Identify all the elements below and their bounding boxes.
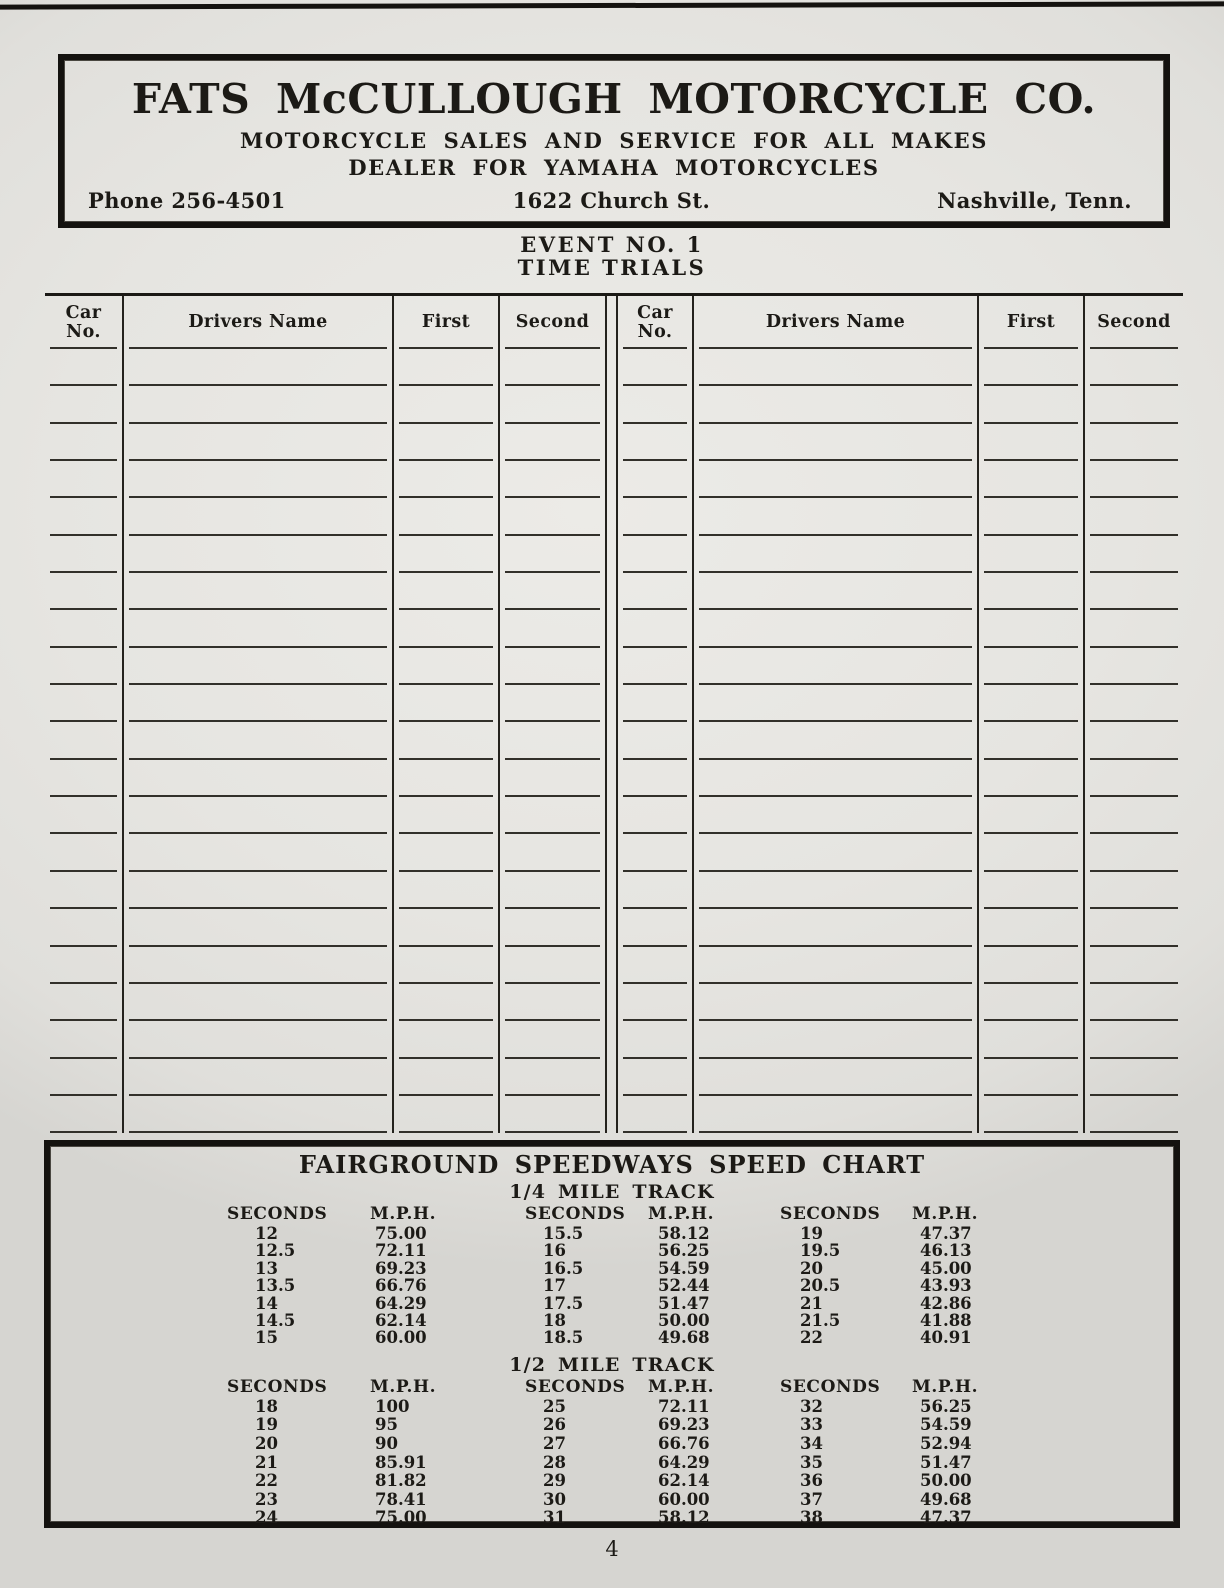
column-spacer	[50, 1260, 227, 1277]
mph-value: 75.00	[370, 1225, 525, 1242]
blank-entry-line	[694, 610, 977, 647]
mph-value: 69.23	[648, 1416, 780, 1435]
mph-value: 50.00	[648, 1312, 780, 1329]
half-mile-data: 181002572.113256.2519952669.233354.59209…	[50, 1398, 1174, 1528]
blank-entry-line	[124, 1096, 392, 1133]
blank-entry-line	[694, 498, 977, 535]
blank-entry-line	[124, 349, 392, 386]
column-spacer	[50, 1204, 227, 1225]
time-trials-table: Car No. Drivers Name First Second	[45, 293, 1183, 1133]
blank-entry-line	[124, 424, 392, 461]
mph-value: 50.00	[912, 1472, 1062, 1491]
blank-entry-line	[1085, 573, 1183, 610]
seconds-value: 24	[227, 1509, 370, 1528]
seconds-value: 30	[525, 1491, 648, 1510]
quarter-mile-section: 1/4 MILE TRACK SECONDS M.P.H. SECONDS M.…	[50, 1180, 1174, 1347]
blank-entry-line	[45, 872, 122, 909]
speed-chart-title: FAIRGROUND SPEEDWAYS SPEED CHART	[50, 1150, 1174, 1179]
blank-entry-line	[45, 685, 122, 722]
seconds-value: 13	[227, 1260, 370, 1277]
blank-entry-line	[979, 722, 1083, 759]
blank-entry-line	[394, 648, 498, 685]
mph-value: 62.14	[370, 1312, 525, 1329]
mph-header: M.P.H.	[370, 1377, 525, 1398]
second-label: Second	[500, 313, 605, 332]
blank-entry-line	[124, 386, 392, 423]
dealer-letterhead-box: FATS McCULLOUGH MOTORCYCLE CO. MOTORCYCL…	[58, 54, 1170, 228]
blank-entry-line	[979, 872, 1083, 909]
blank-entry-line	[618, 648, 692, 685]
blank-entry-line	[618, 760, 692, 797]
seconds-value: 20.5	[780, 1277, 912, 1294]
blank-entry-line	[45, 461, 122, 498]
blank-entry-line	[1085, 1021, 1183, 1058]
mph-value: 66.76	[648, 1435, 780, 1454]
second-header-right: Second	[1085, 296, 1183, 349]
mph-value: 51.47	[648, 1295, 780, 1312]
seconds-value: 18	[227, 1398, 370, 1417]
mph-value: 72.11	[370, 1242, 525, 1259]
column-spacer	[50, 1454, 227, 1473]
blank-entry-line	[500, 872, 605, 909]
seconds-value: 18	[525, 1312, 648, 1329]
blank-entry-line	[45, 947, 122, 984]
seconds-value: 13.5	[227, 1277, 370, 1294]
no-label: No.	[45, 323, 122, 342]
column-spacer	[50, 1509, 227, 1528]
blank-entry-line	[394, 536, 498, 573]
mph-value: 75.00	[370, 1509, 525, 1528]
blank-entry-line	[1085, 1096, 1183, 1133]
blank-entry-line	[394, 834, 498, 871]
blank-entry-line	[124, 536, 392, 573]
blank-entry-line	[45, 984, 122, 1021]
half-mile-section: 1/2 MILE TRACK SECONDS M.P.H. SECONDS M.…	[50, 1353, 1174, 1528]
quarter-mile-data: 1275.0015.558.121947.3712.572.111656.251…	[50, 1225, 1174, 1347]
speed-chart-row: 1464.2917.551.472142.86	[50, 1295, 1174, 1312]
speed-chart-row: 14.562.141850.0021.541.88	[50, 1312, 1174, 1329]
speed-chart-row: 1275.0015.558.121947.37	[50, 1225, 1174, 1242]
seconds-value: 15	[227, 1329, 370, 1346]
speed-chart-row: 181002572.113256.25	[50, 1398, 1174, 1417]
blank-entry-line	[979, 461, 1083, 498]
mph-value: 46.13	[912, 1242, 1062, 1259]
blank-entry-line	[618, 461, 692, 498]
blank-entry-line	[618, 947, 692, 984]
blank-entry-line	[618, 424, 692, 461]
company-name: FATS McCULLOUGH MOTORCYCLE CO.	[64, 75, 1164, 123]
mph-value: 85.91	[370, 1454, 525, 1473]
page-number: 4	[0, 1537, 1224, 1561]
mph-value: 56.25	[648, 1242, 780, 1259]
blank-entry-line	[394, 498, 498, 535]
blank-entry-line	[618, 797, 692, 834]
blank-entry-line	[694, 1059, 977, 1096]
column-spacer	[50, 1377, 227, 1398]
second-column-left: Second	[498, 296, 605, 1133]
seconds-value: 21	[227, 1454, 370, 1473]
speed-chart-row: 13.566.761752.4420.543.93	[50, 1277, 1174, 1294]
time-trials-right-half: Car No. Drivers Name First Second	[618, 296, 1183, 1133]
mph-value: 41.88	[912, 1312, 1062, 1329]
seconds-value: 17.5	[525, 1295, 648, 1312]
mph-value: 49.68	[648, 1329, 780, 1346]
blank-entry-line	[394, 797, 498, 834]
blank-entry-line	[124, 1059, 392, 1096]
seconds-value: 18.5	[525, 1329, 648, 1346]
car-label: Car	[618, 304, 692, 323]
mph-value: 58.12	[648, 1225, 780, 1242]
first-column-right: First	[977, 296, 1083, 1133]
mph-value: 51.47	[912, 1454, 1062, 1473]
blank-entry-line	[394, 947, 498, 984]
blank-entry-line	[694, 1021, 977, 1058]
seconds-value: 14	[227, 1295, 370, 1312]
seconds-value: 37	[780, 1491, 912, 1510]
blank-entry-line	[124, 984, 392, 1021]
blank-entry-line	[124, 1021, 392, 1058]
drivers-name-label: Drivers Name	[694, 313, 977, 332]
mph-value: 62.14	[648, 1472, 780, 1491]
mph-value: 58.12	[648, 1509, 780, 1528]
blank-entry-line	[618, 536, 692, 573]
seconds-value: 19.5	[780, 1242, 912, 1259]
blank-entry-line	[1085, 498, 1183, 535]
blank-entry-line	[1085, 1059, 1183, 1096]
first-header-right: First	[979, 296, 1083, 349]
blank-entry-line	[500, 1059, 605, 1096]
blank-entry-line	[694, 424, 977, 461]
city-state: Nashville, Tenn.	[937, 188, 1132, 213]
blank-entry-line	[618, 872, 692, 909]
column-spacer	[50, 1242, 227, 1259]
column-spacer	[50, 1312, 227, 1329]
blank-entry-line	[1085, 386, 1183, 423]
column-spacer	[50, 1329, 227, 1346]
blank-entry-line	[500, 536, 605, 573]
seconds-value: 22	[780, 1329, 912, 1346]
mph-header: M.P.H.	[648, 1204, 780, 1225]
mph-value: 47.37	[912, 1509, 1062, 1528]
blank-entry-line	[618, 984, 692, 1021]
seconds-value: 19	[780, 1225, 912, 1242]
blank-entry-line	[979, 349, 1083, 386]
blank-entry-line	[124, 573, 392, 610]
speed-chart-box: FAIRGROUND SPEEDWAYS SPEED CHART 1/4 MIL…	[44, 1140, 1180, 1528]
drivers-name-column-right: Drivers Name	[692, 296, 977, 1133]
blank-entry-line	[45, 1059, 122, 1096]
blank-entry-line	[618, 722, 692, 759]
seconds-value: 35	[780, 1454, 912, 1473]
blank-entry-line	[45, 797, 122, 834]
blank-entry-line	[1085, 834, 1183, 871]
column-spacer	[50, 1416, 227, 1435]
seconds-value: 32	[780, 1398, 912, 1417]
blank-entry-line	[694, 834, 977, 871]
mph-value: 54.59	[648, 1260, 780, 1277]
blank-entry-line	[1085, 872, 1183, 909]
blank-entry-line	[124, 610, 392, 647]
blank-entry-line	[45, 610, 122, 647]
seconds-value: 38	[780, 1509, 912, 1528]
mph-value: 60.00	[370, 1329, 525, 1346]
blank-entry-line	[500, 349, 605, 386]
seconds-value: 12.5	[227, 1242, 370, 1259]
blank-entry-line	[979, 685, 1083, 722]
blank-entry-line	[394, 909, 498, 946]
blank-entry-line	[394, 610, 498, 647]
seconds-value: 36	[780, 1472, 912, 1491]
mph-value: 45.00	[912, 1260, 1062, 1277]
mph-value: 81.82	[370, 1472, 525, 1491]
seconds-value: 16.5	[525, 1260, 648, 1277]
blank-entry-line	[45, 909, 122, 946]
blank-entry-line	[694, 797, 977, 834]
blank-entry-line	[500, 797, 605, 834]
blank-entry-line	[45, 386, 122, 423]
blank-entry-line	[394, 1059, 498, 1096]
column-spacer	[50, 1277, 227, 1294]
tagline-sales-service: MOTORCYCLE SALES AND SERVICE FOR ALL MAK…	[64, 128, 1164, 153]
blank-entry-line	[979, 386, 1083, 423]
blank-entry-line	[694, 984, 977, 1021]
blank-entry-line	[45, 1096, 122, 1133]
blank-entry-line	[618, 386, 692, 423]
mph-value: 66.76	[370, 1277, 525, 1294]
blank-entry-line	[1085, 648, 1183, 685]
blank-entry-line	[500, 461, 605, 498]
blank-entry-line	[1085, 349, 1183, 386]
car-no-column-left: Car No.	[45, 296, 122, 1133]
first-label: First	[979, 313, 1083, 332]
blank-entry-line	[979, 648, 1083, 685]
blank-entry-line	[1085, 947, 1183, 984]
mph-value: 49.68	[912, 1491, 1062, 1510]
blank-entry-line	[500, 834, 605, 871]
blank-entry-line	[394, 349, 498, 386]
seconds-value: 26	[525, 1416, 648, 1435]
event-number-line: EVENT NO. 1	[0, 233, 1224, 256]
seconds-value: 14.5	[227, 1312, 370, 1329]
blank-entry-line	[500, 386, 605, 423]
blank-entry-line	[45, 498, 122, 535]
blank-entry-line	[500, 984, 605, 1021]
seconds-value: 34	[780, 1435, 912, 1454]
blank-entry-line	[45, 1021, 122, 1058]
mph-header: M.P.H.	[912, 1204, 1062, 1225]
blank-entry-line	[618, 685, 692, 722]
blank-entry-line	[979, 573, 1083, 610]
column-spacer	[50, 1295, 227, 1312]
blank-entry-line	[979, 498, 1083, 535]
tagline-dealer: DEALER FOR YAMAHA MOTORCYCLES	[64, 155, 1164, 180]
seconds-value: 23	[227, 1491, 370, 1510]
blank-entry-line	[500, 722, 605, 759]
speed-chart-row: 20902766.763452.94	[50, 1435, 1174, 1454]
blank-entry-line	[394, 424, 498, 461]
speed-chart-row: 2281.822962.143650.00	[50, 1472, 1174, 1491]
blank-entry-line	[694, 1096, 977, 1133]
blank-entry-line	[618, 573, 692, 610]
blank-entry-line	[124, 648, 392, 685]
mph-value: 90	[370, 1435, 525, 1454]
blank-entry-line	[124, 909, 392, 946]
mph-value: 43.93	[912, 1277, 1062, 1294]
seconds-value: 21	[780, 1295, 912, 1312]
mph-value: 95	[370, 1416, 525, 1435]
seconds-header: SECONDS	[780, 1377, 912, 1398]
blank-entry-line	[500, 760, 605, 797]
blank-entry-line	[45, 573, 122, 610]
mph-header: M.P.H.	[370, 1204, 525, 1225]
blank-entry-line	[694, 536, 977, 573]
column-spacer	[50, 1491, 227, 1510]
blank-entry-line	[694, 722, 977, 759]
speed-chart-row: 2475.003158.123847.37	[50, 1509, 1174, 1528]
speed-chart-row: 1369.2316.554.592045.00	[50, 1260, 1174, 1277]
no-label: No.	[618, 323, 692, 342]
blank-entry-line	[394, 722, 498, 759]
blank-entry-line	[618, 1059, 692, 1096]
blank-entry-line	[694, 947, 977, 984]
blank-entry-line	[500, 1021, 605, 1058]
blank-entry-line	[694, 648, 977, 685]
half-mile-column-headers: SECONDS M.P.H. SECONDS M.P.H. SECONDS M.…	[50, 1377, 1174, 1398]
mph-value: 64.29	[648, 1454, 780, 1473]
blank-entry-line	[45, 648, 122, 685]
mph-value: 42.86	[912, 1295, 1062, 1312]
blank-entry-line	[979, 834, 1083, 871]
seconds-value: 22	[227, 1472, 370, 1491]
second-column-right: Second	[1083, 296, 1183, 1133]
drivers-name-label: Drivers Name	[124, 313, 392, 332]
blank-entry-line	[694, 760, 977, 797]
mph-value: 56.25	[912, 1398, 1062, 1417]
blank-entry-line	[1085, 536, 1183, 573]
blank-entry-line	[500, 424, 605, 461]
blank-entry-line	[500, 648, 605, 685]
drivers-name-header-right: Drivers Name	[694, 296, 977, 349]
speed-chart-row: 19952669.233354.59	[50, 1416, 1174, 1435]
blank-entry-line	[1085, 461, 1183, 498]
mph-value: 78.41	[370, 1491, 525, 1510]
blank-entry-line	[979, 1021, 1083, 1058]
first-header-left: First	[394, 296, 498, 349]
mph-value: 47.37	[912, 1225, 1062, 1242]
blank-entry-line	[694, 685, 977, 722]
blank-entry-line	[618, 349, 692, 386]
blank-entry-line	[618, 498, 692, 535]
blank-entry-line	[500, 1096, 605, 1133]
seconds-value: 20	[780, 1260, 912, 1277]
blank-entry-line	[500, 610, 605, 647]
street-address: 1622 Church St.	[513, 188, 711, 213]
seconds-value: 25	[525, 1398, 648, 1417]
seconds-header: SECONDS	[227, 1377, 370, 1398]
blank-entry-line	[979, 424, 1083, 461]
blank-entry-line	[694, 349, 977, 386]
blank-entry-line	[979, 909, 1083, 946]
blank-entry-line	[394, 461, 498, 498]
phone-number: Phone 256-4501	[88, 188, 286, 213]
event-heading: EVENT NO. 1 TIME TRIALS	[0, 233, 1224, 279]
scanned-program-page: FATS McCULLOUGH MOTORCYCLE CO. MOTORCYCL…	[0, 0, 1224, 1588]
blank-entry-line	[618, 834, 692, 871]
second-label: Second	[1085, 313, 1183, 332]
first-column-left: First	[392, 296, 498, 1133]
first-label: First	[394, 313, 498, 332]
second-header-left: Second	[500, 296, 605, 349]
mph-value: 72.11	[648, 1398, 780, 1417]
blank-entry-line	[979, 1096, 1083, 1133]
blank-entry-line	[1085, 984, 1183, 1021]
blank-entry-line	[124, 760, 392, 797]
blank-entry-line	[979, 797, 1083, 834]
blank-entry-line	[45, 834, 122, 871]
blank-entry-line	[500, 685, 605, 722]
seconds-header: SECONDS	[780, 1204, 912, 1225]
blank-entry-line	[979, 1059, 1083, 1096]
blank-entry-line	[1085, 610, 1183, 647]
seconds-value: 28	[525, 1454, 648, 1473]
blank-entry-line	[694, 461, 977, 498]
blank-entry-line	[394, 760, 498, 797]
blank-entry-line	[500, 498, 605, 535]
mph-header: M.P.H.	[648, 1377, 780, 1398]
blank-entry-line	[694, 909, 977, 946]
blank-entry-line	[979, 947, 1083, 984]
blank-entry-line	[618, 909, 692, 946]
blank-entry-line	[500, 909, 605, 946]
blank-entry-line	[394, 573, 498, 610]
column-spacer	[50, 1435, 227, 1454]
speed-chart-row: 12.572.111656.2519.546.13	[50, 1242, 1174, 1259]
blank-entry-line	[500, 947, 605, 984]
mph-value: 69.23	[370, 1260, 525, 1277]
mph-value: 60.00	[648, 1491, 780, 1510]
blank-entry-line	[45, 722, 122, 759]
blank-entry-line	[45, 536, 122, 573]
blank-entry-line	[979, 536, 1083, 573]
seconds-value: 21.5	[780, 1312, 912, 1329]
drivers-name-header-left: Drivers Name	[124, 296, 392, 349]
blank-entry-line	[45, 349, 122, 386]
speed-chart-row: 2378.413060.003749.68	[50, 1491, 1174, 1510]
seconds-value: 20	[227, 1435, 370, 1454]
seconds-header: SECONDS	[525, 1377, 648, 1398]
blank-entry-line	[124, 685, 392, 722]
blank-entry-line	[618, 1021, 692, 1058]
speed-chart-row: 2185.912864.293551.47	[50, 1454, 1174, 1473]
seconds-header: SECONDS	[227, 1204, 370, 1225]
blank-entry-line	[394, 386, 498, 423]
blank-entry-line	[1085, 797, 1183, 834]
seconds-value: 29	[525, 1472, 648, 1491]
quarter-mile-track-title: 1/4 MILE TRACK	[50, 1180, 1174, 1204]
quarter-mile-column-headers: SECONDS M.P.H. SECONDS M.P.H. SECONDS M.…	[50, 1204, 1174, 1225]
blank-entry-line	[124, 498, 392, 535]
event-name-line: TIME TRIALS	[0, 256, 1224, 279]
seconds-value: 19	[227, 1416, 370, 1435]
mph-value: 54.59	[912, 1416, 1062, 1435]
blank-entry-line	[979, 984, 1083, 1021]
blank-entry-line	[1085, 424, 1183, 461]
half-mile-track-title: 1/2 MILE TRACK	[50, 1353, 1174, 1377]
blank-entry-line	[694, 573, 977, 610]
blank-entry-line	[394, 984, 498, 1021]
seconds-value: 12	[227, 1225, 370, 1242]
seconds-value: 27	[525, 1435, 648, 1454]
